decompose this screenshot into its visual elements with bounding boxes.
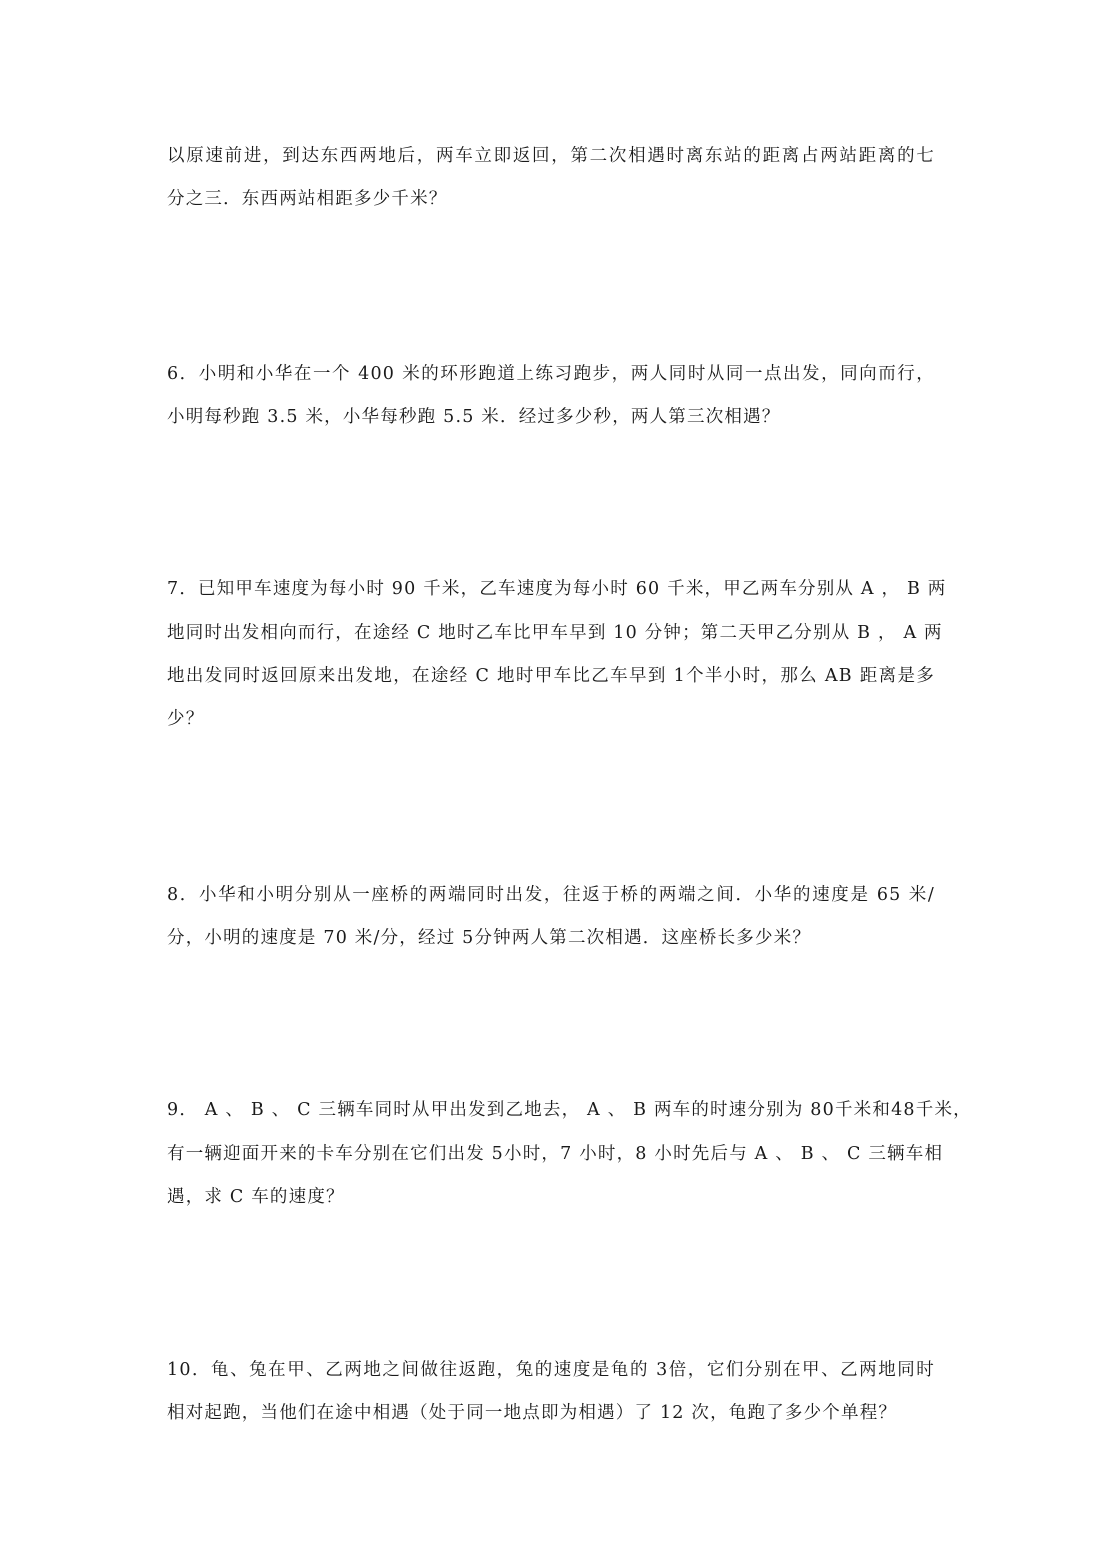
text-line: 8．小华和小明分别从一座桥的两端同时出发，往返于桥的两端之间．小华的速度是 65… xyxy=(167,883,935,907)
text-line: 地同时出发相向而行，在途经 C 地时乙车比甲车早到 10 分钟；第二天甲乙分别从… xyxy=(167,621,935,645)
text-line: 9． A 、 B 、 C 三辆车同时从甲出发到乙地去， A 、 B 两车的时速分… xyxy=(167,1098,935,1122)
text-line: 遇，求 C 车的速度？ xyxy=(167,1185,345,1209)
text-line: 小明每秒跑 3.5 米，小华每秒跑 5.5 米．经过多少秒，两人第三次相遇？ xyxy=(167,405,781,429)
text-line: 分之三．东西两站相距多少千米？ xyxy=(167,187,448,211)
text-line: 7．已知甲车速度为每小时 90 千米，乙车速度为每小时 60 千米，甲乙两车分别… xyxy=(167,577,935,601)
text-line: 6．小明和小华在一个 400 米的环形跑道上练习跑步，两人同时从同一点出发，同向… xyxy=(167,362,935,386)
text-line: 地出发同时返回原来出发地，在途经 C 地时甲车比乙车早到 1个半小时，那么 AB… xyxy=(167,664,935,688)
text-line: 以原速前进，到达东西两地后，两车立即返回，第二次相遇时离东站的距离占两站距离的七 xyxy=(167,144,935,168)
document-page: 以原速前进，到达东西两地后，两车立即返回，第二次相遇时离东站的距离占两站距离的七… xyxy=(0,0,1102,1559)
text-line: 相对起跑，当他们在途中相遇（处于同一地点即为相遇）了 12 次，龟跑了多少个单程… xyxy=(167,1401,897,1425)
text-line: 分，小明的速度是 70 米/分，经过 5分钟两人第二次相遇．这座桥长多少米？ xyxy=(167,926,811,950)
text-line: 少？ xyxy=(167,707,204,731)
text-line: 有一辆迎面开来的卡车分别在它们出发 5小时，7 小时，8 小时先后与 A 、 B… xyxy=(167,1142,935,1166)
text-line: 10．龟、兔在甲、乙两地之间做往返跑，兔的速度是龟的 3倍，它们分别在甲、乙两地… xyxy=(167,1358,935,1382)
